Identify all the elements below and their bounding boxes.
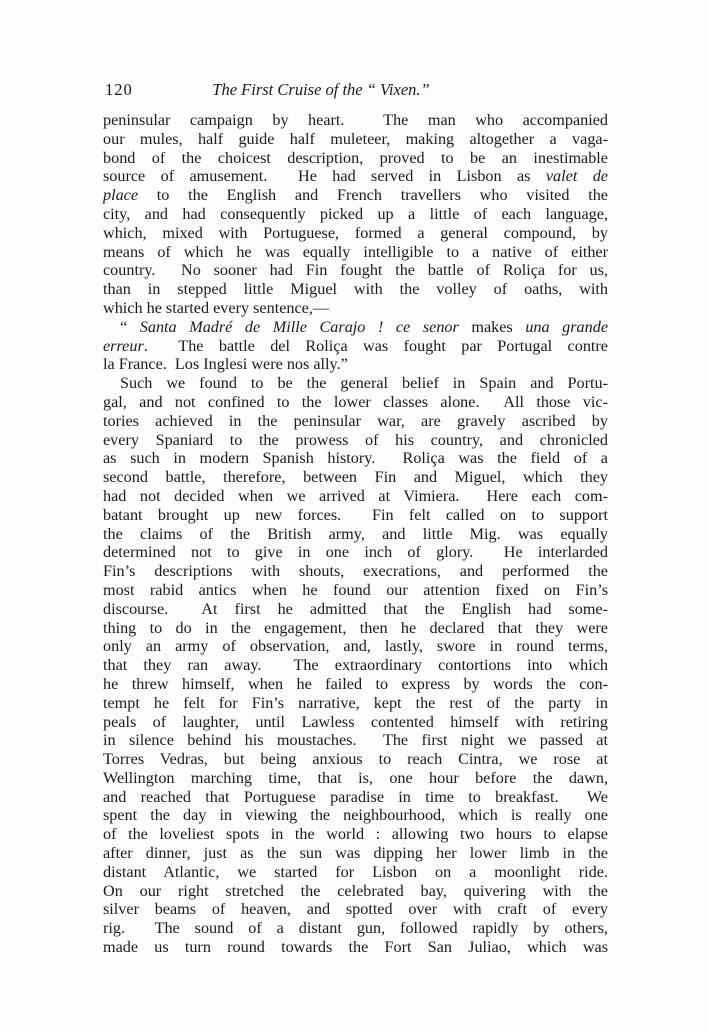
text-line: On our right stretched the celebrated ba… [103, 882, 608, 901]
text-line: peals of laughter, until Lawless content… [103, 713, 608, 732]
text-line: erreur. The battle del Roliça was fought… [103, 337, 608, 356]
text-line: that they ran away. The extraordinary co… [103, 656, 608, 675]
text-line: means of which he was equally intelligib… [103, 243, 608, 262]
page-text: peninsular campaign by heart. The man wh… [103, 111, 608, 957]
text-line: peninsular campaign by heart. The man wh… [103, 111, 608, 130]
text-line: silver beams of heaven, and spotted over… [103, 900, 608, 919]
text-line: the claims of the British army, and litt… [103, 525, 608, 544]
text-line: Torres Vedras, but being anxious to reac… [103, 750, 608, 769]
text-line: only an army of observation, and, lastly… [103, 637, 608, 656]
text-line: thing to do in the engagement, then he d… [103, 619, 608, 638]
text-line: discourse. At first he admitted that the… [103, 600, 608, 619]
text-line: Wellington marching time, that is, one h… [103, 769, 608, 788]
text-line: and reached that Portuguese paradise in … [103, 788, 608, 807]
text-line: batant brought up new forces. Fin felt c… [103, 506, 608, 525]
page-header: 120 The First Cruise of the “ Vixen.” [103, 80, 608, 104]
text-line: second battle, therefore, between Fin an… [103, 468, 608, 487]
text-line: most rabid antics when he found our atte… [103, 581, 608, 600]
text-line: distant Atlantic, we started for Lisbon … [103, 863, 608, 882]
text-line: tories achieved in the peninsular war, a… [103, 412, 608, 431]
text-line: he threw himself, when he failed to expr… [103, 675, 608, 694]
text-line: had not decided when we arrived at Vimie… [103, 487, 608, 506]
text-line: Such we found to be the general belief i… [103, 374, 608, 393]
text-line: la France. Los Inglesi were nos ally.” [103, 355, 608, 374]
text-line: city, and had consequently picked up a l… [103, 205, 608, 224]
text-line: after dinner, just as the sun was dippin… [103, 844, 608, 863]
text-line: which, mixed with Portuguese, formed a g… [103, 224, 608, 243]
text-line: than in stepped little Miguel with the v… [103, 280, 608, 299]
text-line: of the loveliest spots in the world : al… [103, 825, 608, 844]
text-line: rig. The sound of a distant gun, followe… [103, 919, 608, 938]
text-line: made us turn round towards the Fort San … [103, 938, 608, 957]
text-line: as such in modern Spanish history. Roliç… [103, 449, 608, 468]
book-page: 120 The First Cruise of the “ Vixen.” pe… [0, 0, 709, 1033]
text-line: our mules, half guide half muleteer, mak… [103, 130, 608, 149]
text-line: tempt he felt for Fin’s narrative, kept … [103, 694, 608, 713]
text-line: “ Santa Madré de Mille Carajo ! ce senor… [103, 318, 608, 337]
text-line: Fin’s descriptions with shouts, execrati… [103, 562, 608, 581]
text-line: spent the day in viewing the neighbourho… [103, 806, 608, 825]
text-line: in silence behind his moustaches. The fi… [103, 731, 608, 750]
text-line: every Spaniard to the prowess of his cou… [103, 431, 608, 450]
running-title: The First Cruise of the “ Vixen.” [121, 80, 521, 100]
text-line: place to the English and French travelle… [103, 186, 608, 205]
text-line: source of amusement. He had served in Li… [103, 167, 608, 186]
text-line: which he started every sentence,— [103, 299, 608, 318]
text-line: gal, and not confined to the lower class… [103, 393, 608, 412]
text-line: bond of the choicest description, proved… [103, 149, 608, 168]
text-line: determined not to give in one inch of gl… [103, 543, 608, 562]
text-line: country. No sooner had Fin fought the ba… [103, 261, 608, 280]
